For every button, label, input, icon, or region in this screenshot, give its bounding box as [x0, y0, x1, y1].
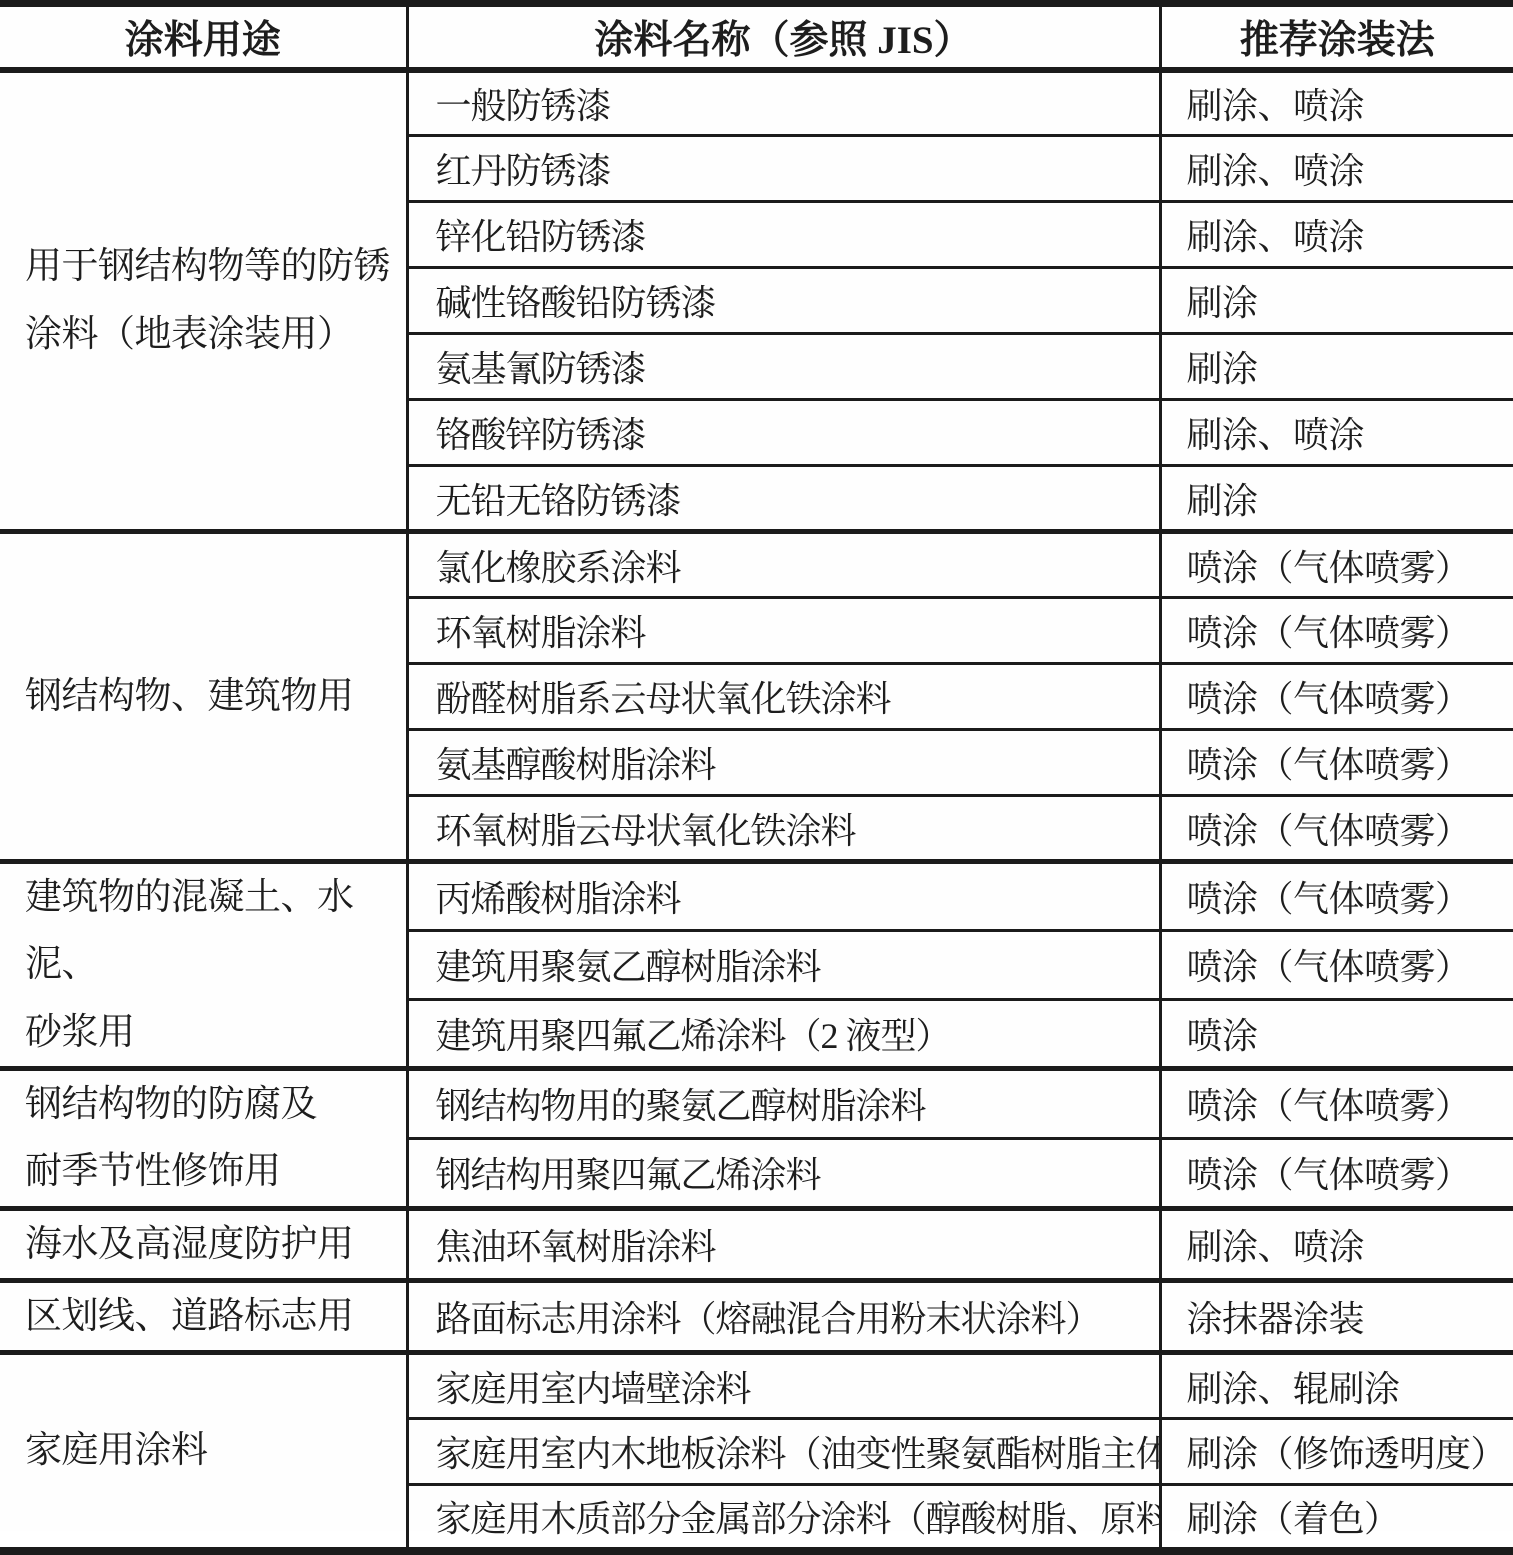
table-row: 区划线、道路标志用 路面标志用涂料（熔融混合用粉末状涂料） 涂抹器涂装 — [0, 1280, 1513, 1352]
paint-name-cell: 钢结构用聚四氟乙烯涂料 — [407, 1138, 1160, 1208]
table-row: 家庭用涂料 家庭用室内墙壁涂料 刷涂、辊刷涂 — [0, 1353, 1513, 1419]
use-cell: 用于钢结构物等的防锈 涂料（地表涂装用） — [0, 70, 407, 532]
use-cell: 海水及高湿度防护用 — [0, 1208, 407, 1280]
use-cell: 建筑物的混凝土、水泥、 砂浆用 — [0, 862, 407, 1069]
method-cell: 刷涂、喷涂 — [1160, 1208, 1513, 1280]
paint-name-cell: 家庭用木质部分金属部分涂料（醇酸树脂、原料） — [407, 1485, 1160, 1551]
paint-name-cell: 一般防锈漆 — [407, 70, 1160, 136]
method-cell: 喷涂 — [1160, 999, 1513, 1068]
method-cell: 喷涂（气体喷雾） — [1160, 730, 1513, 796]
use-cell: 家庭用涂料 — [0, 1353, 407, 1551]
method-cell: 喷涂（气体喷雾） — [1160, 796, 1513, 862]
table-row: 用于钢结构物等的防锈 涂料（地表涂装用） 一般防锈漆 刷涂、喷涂 — [0, 70, 1513, 136]
table-row: 建筑物的混凝土、水泥、 砂浆用 丙烯酸树脂涂料 喷涂（气体喷雾） — [0, 862, 1513, 931]
method-cell: 刷涂（着色） — [1160, 1485, 1513, 1551]
method-cell: 刷涂、辊刷涂 — [1160, 1353, 1513, 1419]
paint-name-cell: 焦油环氧树脂涂料 — [407, 1208, 1160, 1280]
method-cell: 喷涂（气体喷雾） — [1160, 862, 1513, 931]
paint-name-cell: 酚醛树脂系云母状氧化铁涂料 — [407, 664, 1160, 730]
use-cell: 钢结构物、建筑物用 — [0, 532, 407, 862]
method-cell: 喷涂（气体喷雾） — [1160, 598, 1513, 664]
paint-name-cell: 锌化铅防锈漆 — [407, 202, 1160, 268]
method-cell: 刷涂 — [1160, 466, 1513, 532]
paint-name-cell: 无铅无铬防锈漆 — [407, 466, 1160, 532]
method-cell: 喷涂（气体喷雾） — [1160, 1068, 1513, 1138]
method-cell: 刷涂 — [1160, 334, 1513, 400]
paint-name-cell: 氨基醇酸树脂涂料 — [407, 730, 1160, 796]
table-row: 钢结构物、建筑物用 氯化橡胶系涂料 喷涂（气体喷雾） — [0, 532, 1513, 598]
paint-name-cell: 氯化橡胶系涂料 — [407, 532, 1160, 598]
table-row: 钢结构物的防腐及 耐季节性修饰用 钢结构物用的聚氨乙醇树脂涂料 喷涂（气体喷雾） — [0, 1068, 1513, 1138]
paint-coating-table: 涂料用途 涂料名称（参照 JIS） 推荐涂装法 用于钢结构物等的防锈 涂料（地表… — [0, 0, 1513, 1555]
method-cell: 喷涂（气体喷雾） — [1160, 930, 1513, 999]
document-page: 涂料用途 涂料名称（参照 JIS） 推荐涂装法 用于钢结构物等的防锈 涂料（地表… — [0, 0, 1513, 1531]
paint-name-cell: 铬酸锌防锈漆 — [407, 400, 1160, 466]
paint-name-cell: 建筑用聚四氟乙烯涂料（2 液型） — [407, 999, 1160, 1068]
paint-name-cell: 碱性铬酸铅防锈漆 — [407, 268, 1160, 334]
column-header-name: 涂料名称（参照 JIS） — [407, 4, 1160, 70]
method-cell: 刷涂 — [1160, 268, 1513, 334]
paint-name-cell: 建筑用聚氨乙醇树脂涂料 — [407, 930, 1160, 999]
method-cell: 涂抹器涂装 — [1160, 1280, 1513, 1352]
header-row: 涂料用途 涂料名称（参照 JIS） 推荐涂装法 — [0, 4, 1513, 70]
method-cell: 刷涂、喷涂 — [1160, 400, 1513, 466]
method-cell: 喷涂（气体喷雾） — [1160, 1138, 1513, 1208]
paint-name-cell: 家庭用室内墙壁涂料 — [407, 1353, 1160, 1419]
column-header-method: 推荐涂装法 — [1160, 4, 1513, 70]
method-cell: 喷涂（气体喷雾） — [1160, 664, 1513, 730]
method-cell: 刷涂、喷涂 — [1160, 70, 1513, 136]
paint-name-cell: 家庭用室内木地板涂料（油变性聚氨酯树脂主体） — [407, 1419, 1160, 1485]
use-cell: 区划线、道路标志用 — [0, 1280, 407, 1352]
paint-name-cell: 氨基氰防锈漆 — [407, 334, 1160, 400]
method-cell: 刷涂、喷涂 — [1160, 136, 1513, 202]
paint-name-cell: 环氧树脂云母状氧化铁涂料 — [407, 796, 1160, 862]
method-cell: 刷涂（修饰透明度） — [1160, 1419, 1513, 1485]
paint-name-cell: 环氧树脂涂料 — [407, 598, 1160, 664]
paint-name-cell: 路面标志用涂料（熔融混合用粉末状涂料） — [407, 1280, 1160, 1352]
table-row: 海水及高湿度防护用 焦油环氧树脂涂料 刷涂、喷涂 — [0, 1208, 1513, 1280]
paint-name-cell: 丙烯酸树脂涂料 — [407, 862, 1160, 931]
use-cell: 钢结构物的防腐及 耐季节性修饰用 — [0, 1068, 407, 1208]
paint-name-cell: 钢结构物用的聚氨乙醇树脂涂料 — [407, 1068, 1160, 1138]
paint-name-cell: 红丹防锈漆 — [407, 136, 1160, 202]
column-header-use: 涂料用途 — [0, 4, 407, 70]
method-cell: 刷涂、喷涂 — [1160, 202, 1513, 268]
method-cell: 喷涂（气体喷雾） — [1160, 532, 1513, 598]
